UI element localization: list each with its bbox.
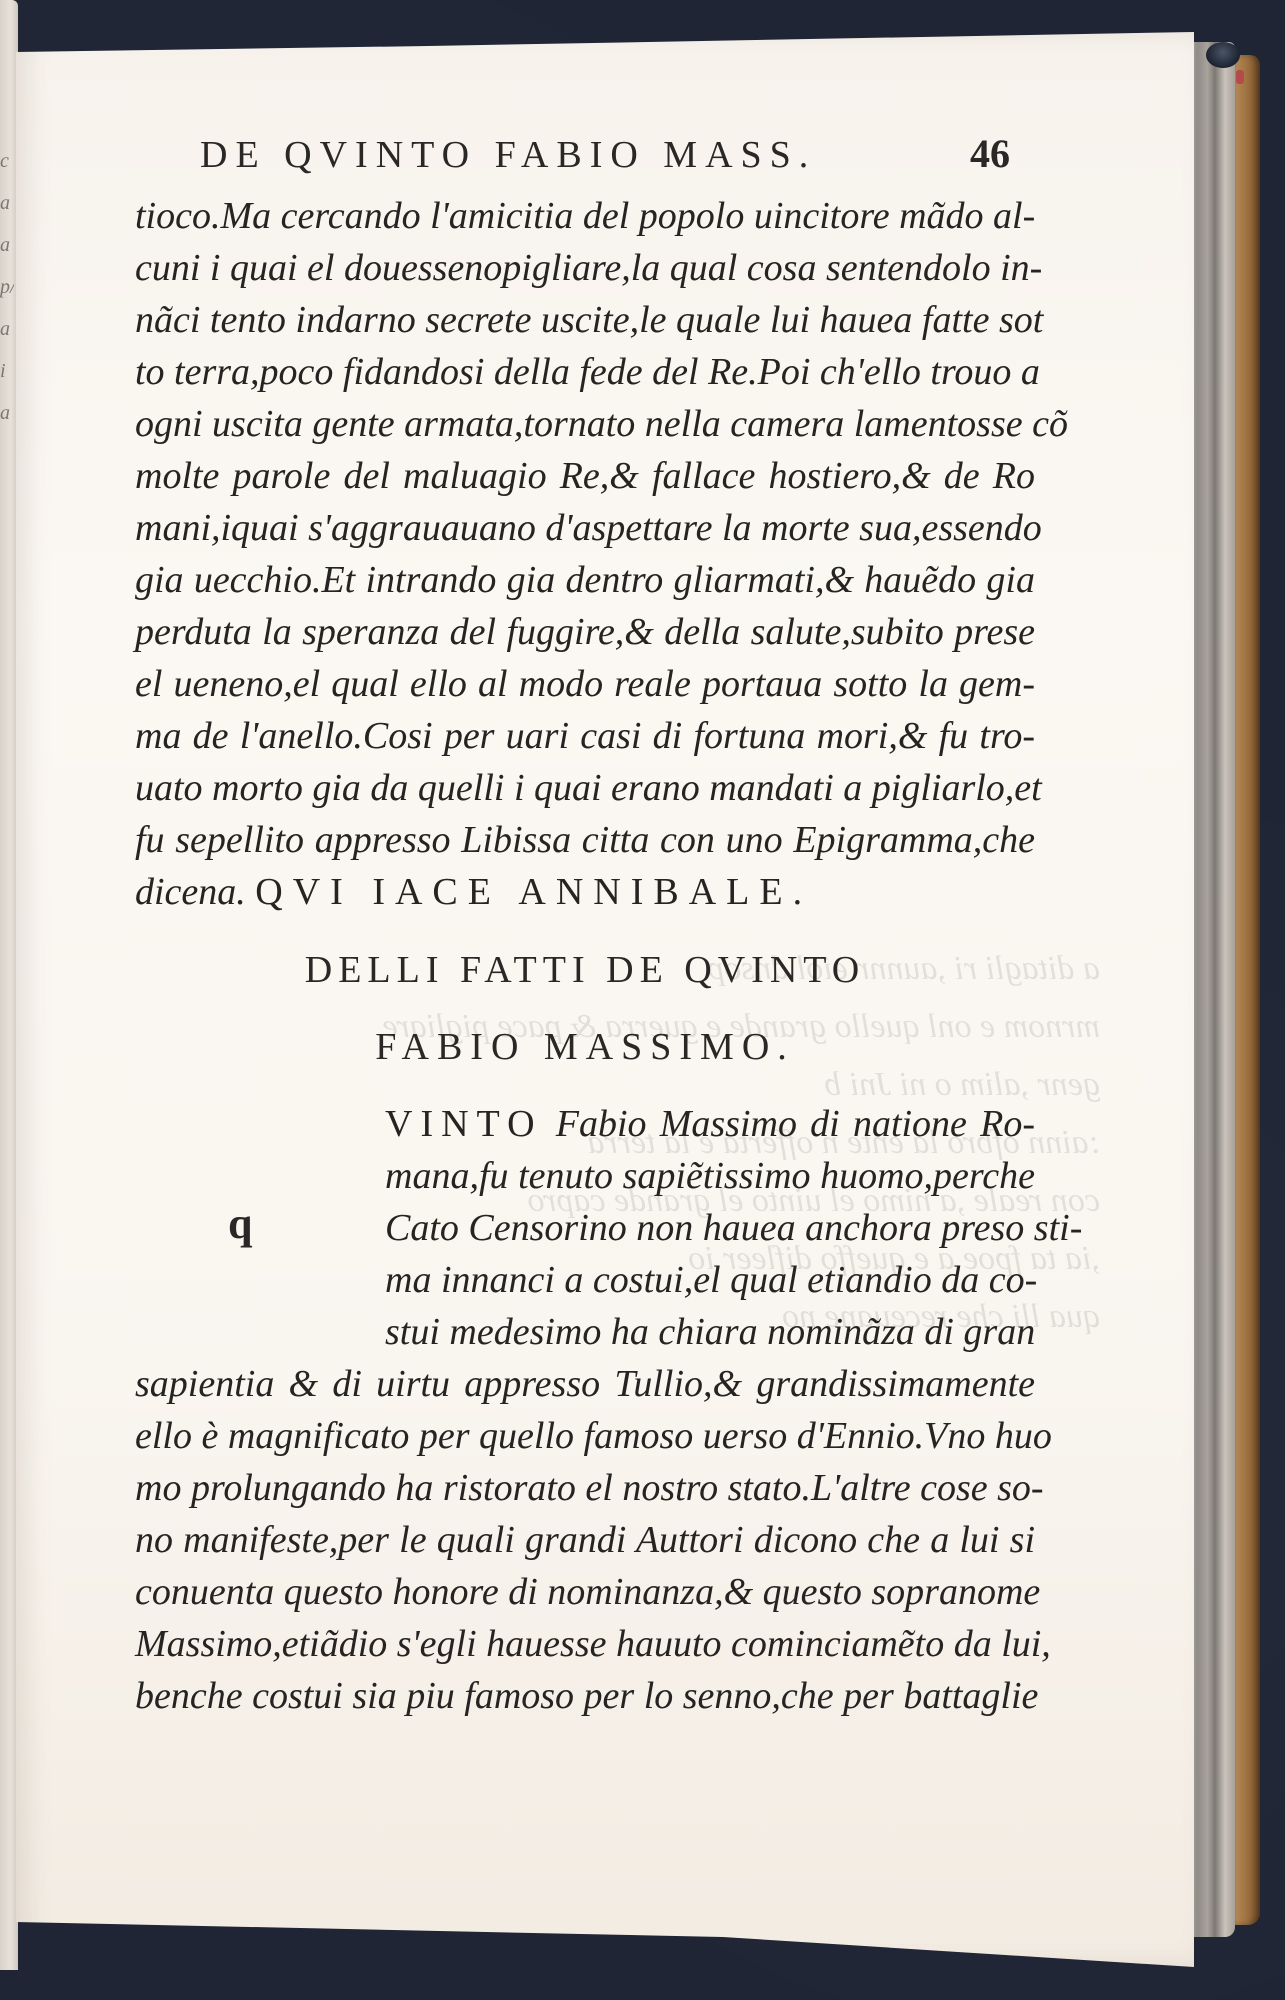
text-line: el ueneno,el qual ello al modo reale por… (135, 658, 1035, 710)
text-line: nãci tento indarno secrete uscite,le qua… (135, 294, 1035, 346)
running-head: DE QVINTO FABIO MASS. (200, 133, 816, 177)
text-line: perduta la speranza del fuggire,& della … (135, 606, 1035, 658)
bleed-fragment: c (0, 140, 14, 182)
left-page-bleed-text: c a a p/ a i a (0, 140, 14, 520)
bleed-fragment: a (0, 392, 14, 434)
paragraph-hannibal-death: tioco.Ma cercando l'amicitia del popolo … (135, 190, 1035, 918)
text-line: cuni i quai el douessenopigliare,la qual… (135, 242, 1035, 294)
paragraph-fabius-continued: sapientia & di uirtu appresso Tullio,& g… (135, 1358, 1035, 1722)
bleed-fragment: a (0, 182, 14, 224)
text-line: molte parole del maluagio Re,& fallace h… (135, 450, 1035, 502)
section-title-line-2: FABIO MASSIMO. (135, 1025, 1035, 1069)
text-line: mani,iquai s'aggrauauano d'aspettare la … (135, 502, 1035, 554)
text-line: Massimo,etiãdio s'egli hauesse hauuto co… (135, 1618, 1035, 1670)
text-line: conuenta questo honore di nominanza,& qu… (135, 1566, 1035, 1618)
text-line: Cato Censorino non hauea anchora preso s… (385, 1202, 1035, 1254)
opening-caps: VINTO (385, 1103, 543, 1145)
epitaph: QVI IACE ANNIBALE. (255, 871, 812, 913)
text-line: gia uecchio.Et intrando gia dentro gliar… (135, 554, 1035, 606)
text-line-rest: Fabio Massimo di natione Ro- (556, 1103, 1035, 1145)
text-line: tioco.Ma cercando l'amicitia del popolo … (135, 190, 1035, 242)
epitaph-lead: dicena. (135, 871, 246, 913)
text-line: mana,fu tenuto sapiẽtissimo huomo,perche (385, 1150, 1035, 1202)
page-number: 46 (970, 130, 1010, 177)
section-title-line-1: DELLI FATTI DE QVINTO (135, 948, 1035, 992)
paragraph-fabius-indented: VINTO Fabio Massimo di natione Ro- mana,… (385, 1098, 1035, 1358)
text-line: ogni uscita gente armata,tornato nella c… (135, 398, 1035, 450)
binding-ribbon-icon (1236, 70, 1244, 84)
text-line: ma de l'anello.Cosi per uari casi di for… (135, 710, 1035, 762)
text-line: ma innanci a costui,el qual etiandio da … (385, 1254, 1035, 1306)
printers-guide-letter: q (228, 1198, 252, 1249)
page-header: DE QVINTO FABIO MASS. 46 (200, 130, 1010, 177)
text-line: fu sepellito appresso Libissa citta con … (135, 814, 1035, 866)
text-line: uato morto gia da quelli i quai erano ma… (135, 762, 1035, 814)
text-line: ello è magnificato per quello famoso uer… (135, 1410, 1035, 1462)
left-page-edge: c a a p/ a i a (0, 0, 18, 1970)
bleed-fragment: a (0, 224, 14, 266)
epitaph-line: dicena. QVI IACE ANNIBALE. (135, 866, 1035, 918)
bleed-fragment: a (0, 308, 14, 350)
text-line: VINTO Fabio Massimo di natione Ro- (385, 1098, 1035, 1150)
bleed-fragment: i (0, 350, 14, 392)
text-line: benche costui sia piu famoso per lo senn… (135, 1670, 1035, 1722)
text-line: stui medesimo ha chiara nominãza di gran (385, 1306, 1035, 1358)
text-line: sapientia & di uirtu appresso Tullio,& g… (135, 1358, 1035, 1410)
binding-clasp-icon (1206, 42, 1240, 68)
text-line: no manifeste,per le quali grandi Auttori… (135, 1514, 1035, 1566)
text-line: mo prolungando ha ristorato el nostro st… (135, 1462, 1035, 1514)
bleed-fragment: p/ (0, 266, 14, 308)
text-line: to terra,poco fidandosi della fede del R… (135, 346, 1035, 398)
